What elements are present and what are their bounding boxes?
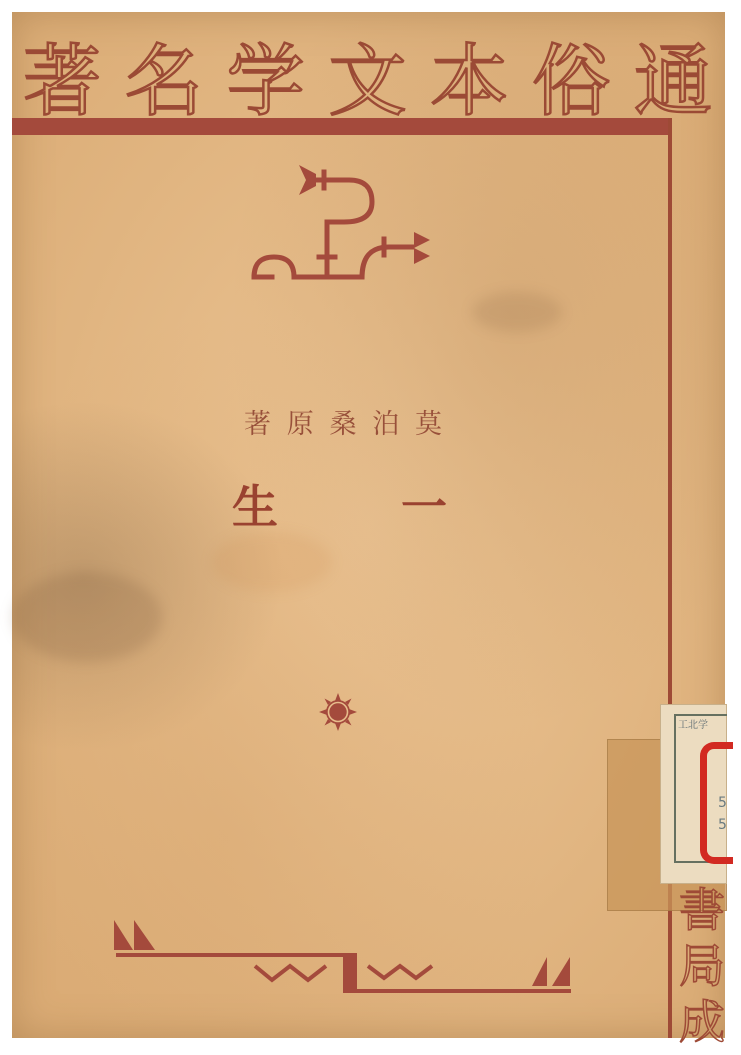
plant-ornament-icon [244, 162, 444, 291]
series-title-char: 俗 [523, 42, 619, 122]
series-title-char: 学 [218, 42, 314, 122]
library-stamp [700, 742, 733, 864]
author-char: 桑 [330, 402, 359, 442]
publisher-char: 書 [677, 882, 727, 938]
author-char: 泊 [372, 402, 401, 442]
title-char: 生 [232, 471, 278, 537]
author-char: 原 [287, 402, 316, 442]
label-digit: 5 [718, 814, 727, 836]
library-label-header: 工北学 [678, 716, 708, 731]
series-title-char: 本 [421, 42, 517, 122]
author-char: 莫 [415, 402, 444, 442]
header-band [12, 118, 670, 135]
series-title-char: 著 [14, 42, 110, 122]
publisher-name: 書 局 成 [677, 882, 727, 1050]
sun-emblem-icon [318, 692, 358, 736]
series-title-char: 名 [116, 42, 212, 122]
title-char: 一 [401, 471, 447, 537]
series-title: 通 俗 本 文 学 名 著 [12, 42, 725, 122]
book-cover: 通 俗 本 文 学 名 著 莫 泊 桑 原 著 [12, 12, 725, 1038]
label-digit: 5 [718, 792, 727, 814]
publisher-char: 成 [677, 994, 727, 1050]
publisher-char: 局 [677, 938, 727, 994]
series-title-char: 文 [319, 42, 415, 122]
author-line: 莫 泊 桑 原 著 [244, 402, 444, 442]
book-title: 一 生 [232, 474, 447, 534]
series-title-char: 通 [625, 42, 721, 122]
age-stain [12, 572, 162, 662]
mountain-wave-ornament-icon [100, 902, 580, 1006]
author-char: 著 [244, 402, 273, 442]
age-stain [212, 532, 332, 592]
age-stain [472, 292, 562, 332]
library-label-number: 5 5 [718, 792, 727, 836]
